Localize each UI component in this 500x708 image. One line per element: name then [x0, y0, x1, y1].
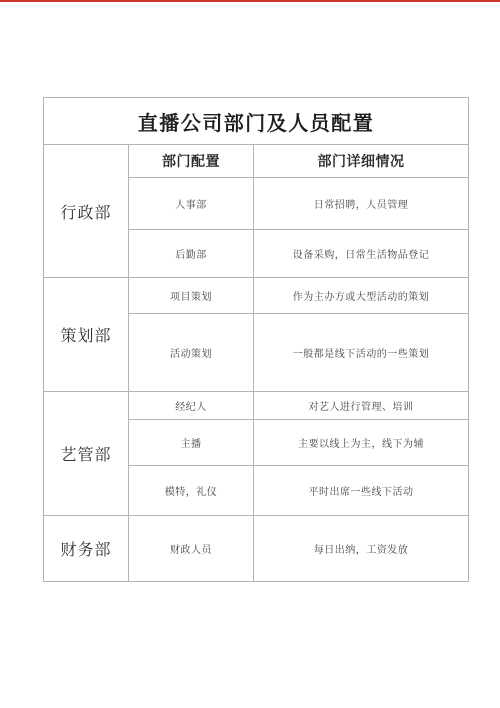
role-cell: 人事部	[129, 178, 254, 230]
detail-cell: 设备采购，日常生活物品登记	[254, 230, 469, 278]
table-row: 策划部 项目策划 作为主办方或大型活动的策划	[44, 278, 469, 314]
role-cell: 模特，礼仪	[129, 466, 254, 516]
detail-cell: 平时出席一些线下活动	[254, 466, 469, 516]
detail-cell: 对艺人进行管理、培训	[254, 392, 469, 420]
dept-cell-cehuabu: 策划部	[44, 278, 129, 392]
column-header-config: 部门配置	[129, 145, 254, 178]
role-cell: 财政人员	[129, 516, 254, 582]
detail-cell: 每日出纳，工资发放	[254, 516, 469, 582]
role-cell: 活动策划	[129, 314, 254, 392]
role-cell: 主播	[129, 420, 254, 466]
detail-cell: 日常招聘，人员管理	[254, 178, 469, 230]
dept-cell-yiguanbu: 艺管部	[44, 392, 129, 516]
detail-cell: 主要以线上为主，线下为辅	[254, 420, 469, 466]
dept-cell-caiwubu: 财务部	[44, 516, 129, 582]
role-cell: 后勤部	[129, 230, 254, 278]
role-cell: 经纪人	[129, 392, 254, 420]
role-cell: 项目策划	[129, 278, 254, 314]
top-accent-line	[0, 0, 500, 2]
table-row: 艺管部 经纪人 对艺人进行管理、培训	[44, 392, 469, 420]
detail-cell: 一般都是线下活动的一些策划	[254, 314, 469, 392]
dept-cell-xingzhengbu: 行政部	[44, 145, 129, 278]
department-table: 直播公司部门及人员配置 行政部 部门配置 部门详细情况 人事部 日常招聘，人员管…	[43, 97, 469, 582]
table-title: 直播公司部门及人员配置	[44, 98, 469, 145]
detail-cell: 作为主办方或大型活动的策划	[254, 278, 469, 314]
document-page: 直播公司部门及人员配置 行政部 部门配置 部门详细情况 人事部 日常招聘，人员管…	[0, 0, 500, 708]
table-row: 财务部 财政人员 每日出纳，工资发放	[44, 516, 469, 582]
column-header-detail: 部门详细情况	[254, 145, 469, 178]
